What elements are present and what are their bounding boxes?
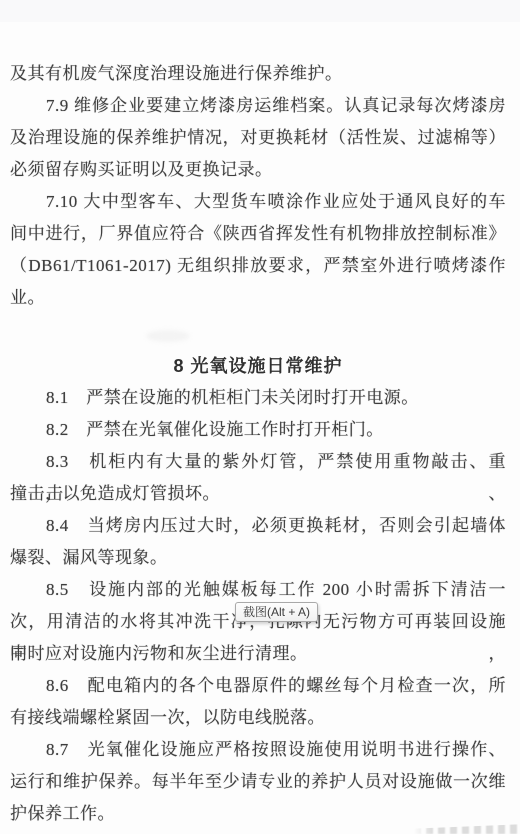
text-line: 间中进行，厂界值应符合《陕西省挥发性有机物排放控制标准》 xyxy=(10,218,506,250)
text-line: 爆裂、漏风等现象。 xyxy=(10,542,506,574)
text-line: 及治理设施的保养维护情况，对更换耗材（活性炭、过滤棉等） xyxy=(10,122,506,154)
text-line: 护保养工作。 xyxy=(10,798,506,830)
text-line: 8.4 当烤房内压过大时，必须更换耗材，否则会引起墙体 xyxy=(10,510,506,542)
section-heading: 8 光氧设施日常维护 xyxy=(10,350,506,382)
text-line: 8.1 严禁在设施的机柜柜门未关闭时打开电源。 xyxy=(10,382,506,414)
text-line: 7.10 大中型客车、大型货车喷涂作业应处于通风良好的车 xyxy=(10,186,506,218)
text-line: 7.9 维修企业要建立烤漆房运维档案。认真记录每次烤漆房 xyxy=(10,90,506,122)
screenshot-tooltip: 截图(Alt + A) xyxy=(235,602,318,622)
document-body: 及其有机废气深度治理设施进行保养维护。 7.9 维修企业要建立烤漆房运维档案。认… xyxy=(10,0,506,830)
scanned-document-page: 及其有机废气深度治理设施进行保养维护。 7.9 维修企业要建立烤漆房运维档案。认… xyxy=(0,0,520,834)
screenshot-tooltip-label: 截图(Alt + A) xyxy=(243,605,310,619)
text-line: 有接线端螺栓紧固一次，以防电线脱落。 xyxy=(10,702,506,734)
text-line: 及其有机废气深度治理设施进行保养维护。 xyxy=(10,58,506,90)
text-line: 业。 xyxy=(10,282,506,314)
text-line: （DB61/T1061-2017) 无组织排放要求，严禁室外进行喷烤漆作 xyxy=(10,250,506,282)
text-line: 8.7 光氧催化设施应严格按照设施使用说明书进行操作、 xyxy=(10,734,506,766)
text-line: 运行和维护保养。每半年至少请专业的养护人员对设施做一次维 xyxy=(10,766,506,798)
text-line: 8.6 配电箱内的各个电器原件的螺丝每个月检查一次，所 xyxy=(10,670,506,702)
text-line: 8.3 机柜内有大量的紫外灯管，严禁使用重物敲击、重击、 xyxy=(10,446,506,478)
text-line: 必须留存购买证明以及更换记录。 xyxy=(10,154,506,186)
text-line: 8.2 严禁在光氧催化设施工作时打开柜门。 xyxy=(10,414,506,446)
scan-smudge xyxy=(146,330,190,342)
